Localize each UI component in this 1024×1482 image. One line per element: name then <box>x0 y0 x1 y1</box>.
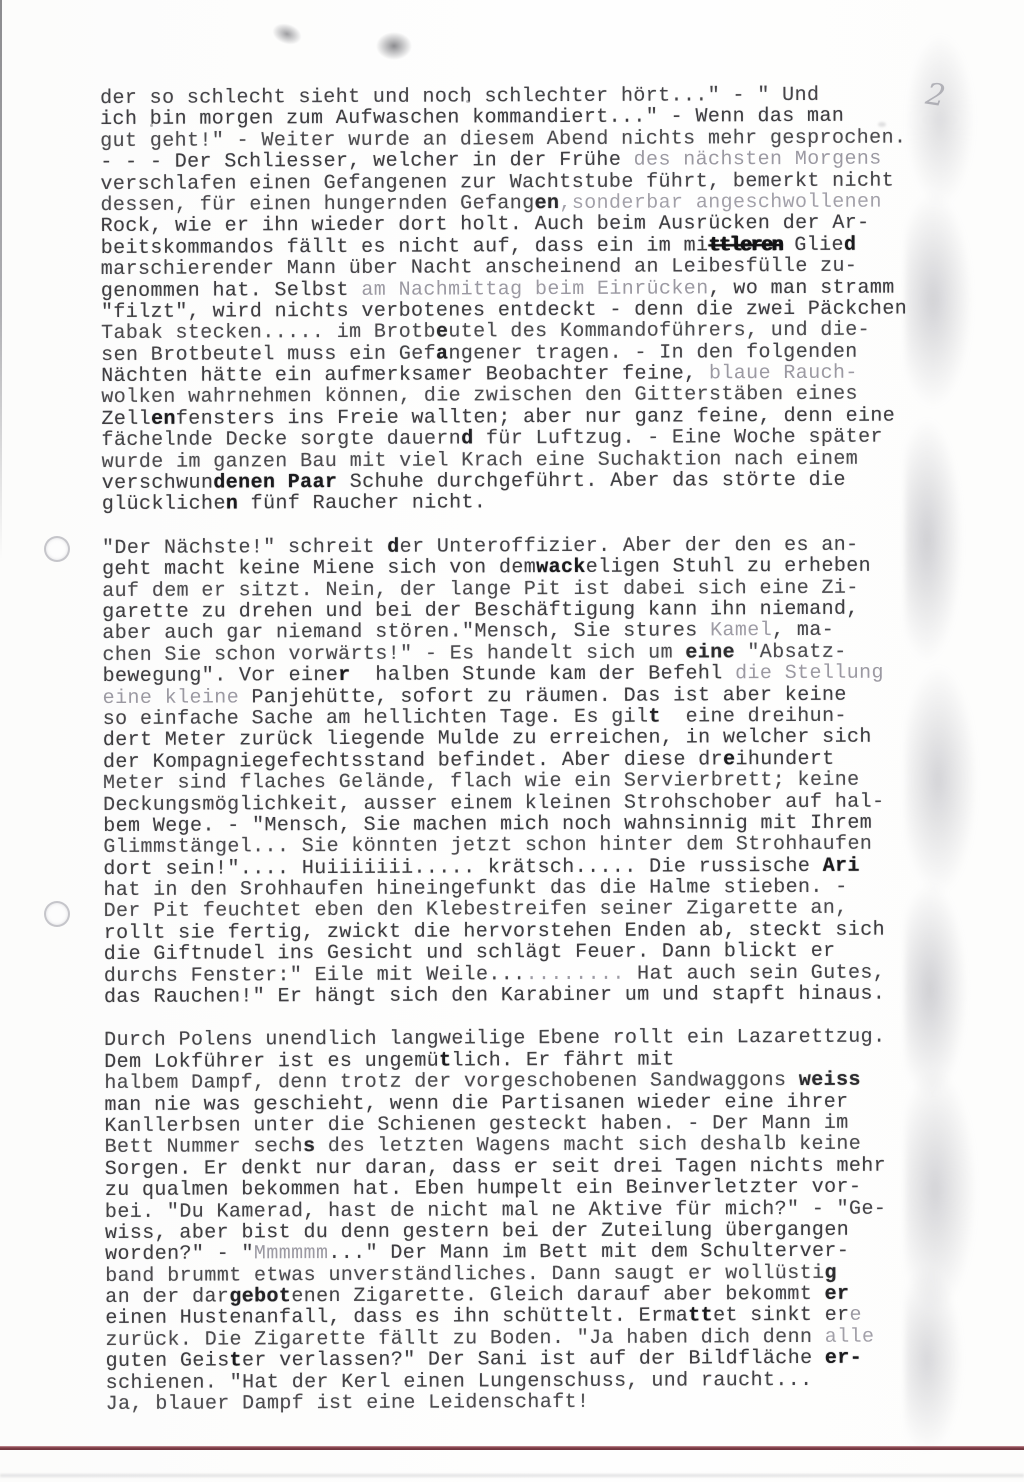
text-line: Durch Polens unendlich langweilige Ebene… <box>104 1027 964 1052</box>
scanned-page: 2 der so schlecht sieht und noch schlech… <box>0 0 1024 1482</box>
punch-hole <box>44 536 70 562</box>
text-line: wurde im ganzen Bau mit viel Krach eine … <box>102 448 962 473</box>
scan-bottom-faint-line <box>0 1474 1024 1477</box>
text-line: sen Brotbeutel muss ein Gefangener trage… <box>101 341 961 366</box>
text-line: "Der Nächste!" schreit der Unteroffizier… <box>102 534 962 559</box>
text-line: wolken wahrnehmen können, die zwischen d… <box>101 384 961 409</box>
text-line: an der dargebotenen Zigarette. Gleich da… <box>105 1283 965 1308</box>
ink-smudge <box>376 32 412 60</box>
text-line: Der Pit feuchtet eben den Klebestreifen … <box>104 898 964 923</box>
text-line: Bett Nummer sechs des letzten Wagens mac… <box>105 1134 965 1159</box>
text-line: marschierender Mann über Nacht anscheine… <box>101 255 961 280</box>
text-line: gut geht!" - Weiter wurde an diesem Aben… <box>100 127 960 152</box>
text-line: Glimmstängel... Sie könnten jetzt schon … <box>103 834 963 859</box>
text-line: chen Sie schon vorwärts!" - Es handelt s… <box>102 641 962 666</box>
paragraph: der so schlecht sieht und noch schlechte… <box>100 84 962 516</box>
text-line: bei. "Du Kamerad, hast de nicht mal ne A… <box>105 1198 965 1223</box>
text-line: auf dem er sitzt. Nein, der lange Pit is… <box>102 577 962 602</box>
text-line: so einfache Sache am hellichten Tage. Es… <box>103 705 963 730</box>
text-line: Deckungsmöglichkeit, ausser einem kleine… <box>103 791 963 816</box>
text-line: Ja, blauer Dampf ist eine Leidenschaft! <box>106 1390 966 1415</box>
punch-hole <box>44 901 70 927</box>
paragraph: "Der Nächste!" schreit der Unteroffizier… <box>102 534 964 1008</box>
text-line: dessen, für einen hungernden Gefangen,so… <box>100 191 960 216</box>
text-line: zurück. Die Zigarette fällt zu Boden. "J… <box>105 1326 965 1351</box>
paragraph: Durch Polens unendlich langweilige Ebene… <box>104 1027 966 1416</box>
text-line: glücklichen fünf Raucher nicht. <box>102 491 962 516</box>
text-line: der so schlecht sieht und noch schlechte… <box>100 84 960 109</box>
typewritten-text: der so schlecht sieht und noch schlechte… <box>100 84 966 1437</box>
text-line: durchs Fenster:" Eile mit Weile.........… <box>104 962 964 987</box>
text-line: halbem Dampf, denn trotz der vorgeschobe… <box>104 1069 964 1094</box>
scan-left-edge-line <box>0 0 2 560</box>
ink-smudge <box>270 20 305 48</box>
scan-bottom-red-rule <box>0 1446 1024 1450</box>
